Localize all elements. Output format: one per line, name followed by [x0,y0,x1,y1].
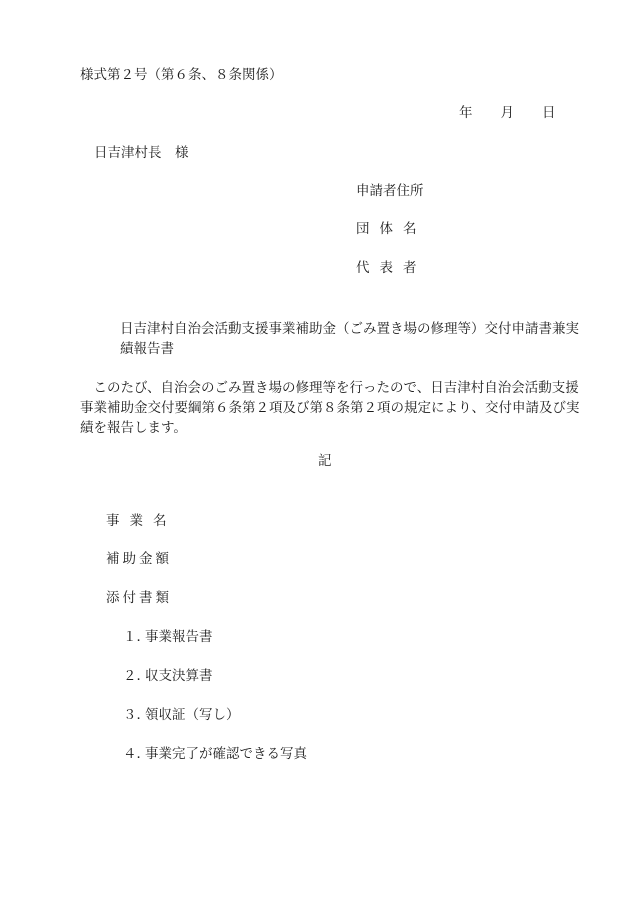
body-paragraph: このたび、自治会のごみ置き場の修理等を行ったので、日吉津村自治会活動支援事業補助… [80,378,582,438]
form-number: 様式第２号（第６条、８条関係） [80,66,283,84]
applicant-representative-label: 代表者 [356,259,427,277]
attachment-label: 収支決算書 [145,668,213,684]
attachment-label: 領収証（写し） [145,707,240,723]
project-name-label: 事業名 [106,512,177,530]
attachment-label: 事業報告書 [145,629,213,645]
attachment-number: １． [123,628,145,646]
attachment-item: ４．事業完了が確認できる写真 [123,745,307,763]
attachment-number: ２． [123,667,145,685]
attachments-label: 添付書類 [106,589,172,607]
year-label: 年 [459,104,473,122]
attachment-item: ２．収支決算書 [123,667,213,685]
attachment-number: ４． [123,745,145,763]
attachment-label: 事業完了が確認できる写真 [145,746,307,762]
addressee: 日吉津村長 様 [94,144,189,162]
applicant-address-label: 申請者住所 [356,182,424,200]
day-label: 日 [542,104,556,122]
attachment-item: ３．領収証（写し） [123,706,240,724]
document-title: 日吉津村自治会活動支援事業補助金（ごみ置き場の修理等）交付申請書兼実績報告書 [120,319,582,359]
date-line: 年月日 [459,104,556,122]
attachment-number: ３． [123,706,145,724]
attachment-item: １．事業報告書 [123,628,213,646]
applicant-group-name-label: 団体名 [356,220,427,238]
subsidy-amount-label: 補助金額 [106,550,172,568]
ki-heading: 記 [318,452,332,470]
month-label: 月 [501,104,515,122]
